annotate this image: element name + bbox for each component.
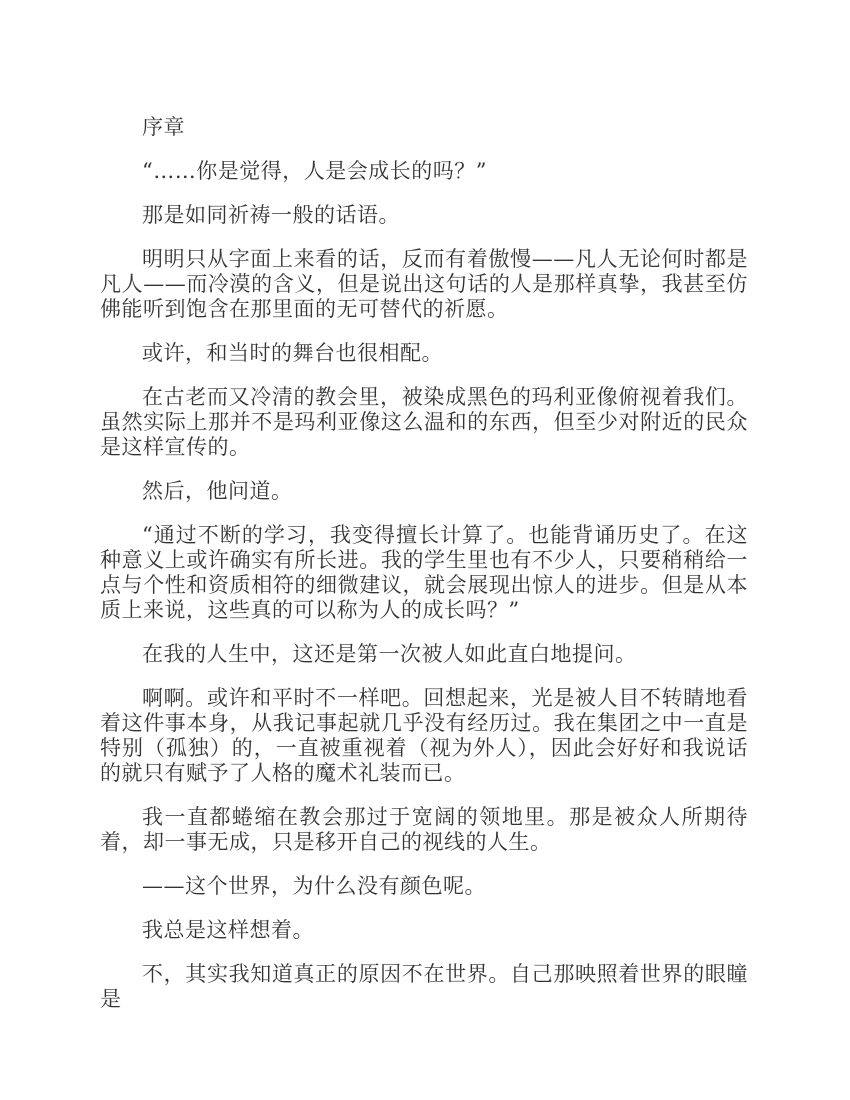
paragraph-container: “……你是觉得，人是会成长的吗？”那是如同祈祷一般的话语。明明只从字面上来看的话… [100, 159, 748, 1012]
paragraph: 那是如同祈祷一般的话语。 [100, 203, 748, 228]
paragraph: ——这个世界，为什么没有颜色呢。 [100, 874, 748, 899]
document-page: 序章 “……你是觉得，人是会成长的吗？”那是如同祈祷一般的话语。明明只从字面上来… [0, 0, 850, 1100]
chapter-title: 序章 [100, 115, 748, 140]
paragraph: 啊啊。或许和平时不一样吧。回想起来，光是被人目不转睛地看着这件事本身，从我记事起… [100, 686, 748, 786]
paragraph: 或许，和当时的舞台也很相配。 [100, 341, 748, 366]
paragraph: 明明只从字面上来看的话，反而有着傲慢——凡人无论何时都是凡人——而冷漠的含义，但… [100, 247, 748, 322]
paragraph: 在我的人生中，这还是第一次被人如此直白地提问。 [100, 642, 748, 667]
paragraph: 在古老而又冷清的教会里，被染成黑色的玛利亚像俯视着我们。虽然实际上那并不是玛利亚… [100, 385, 748, 460]
paragraph: “……你是觉得，人是会成长的吗？” [100, 159, 748, 184]
paragraph: 然后，他问道。 [100, 479, 748, 504]
paragraph: 我总是这样想着。 [100, 918, 748, 943]
paragraph: 不，其实我知道真正的原因不在世界。自己那映照着世界的眼瞳是 [100, 962, 748, 1012]
paragraph: “通过不断的学习，我变得擅长计算了。也能背诵历史了。在这种意义上或许确实有所长进… [100, 523, 748, 623]
paragraph: 我一直都蜷缩在教会那过于宽阔的领地里。那是被众人所期待着，却一事无成，只是移开自… [100, 805, 748, 855]
